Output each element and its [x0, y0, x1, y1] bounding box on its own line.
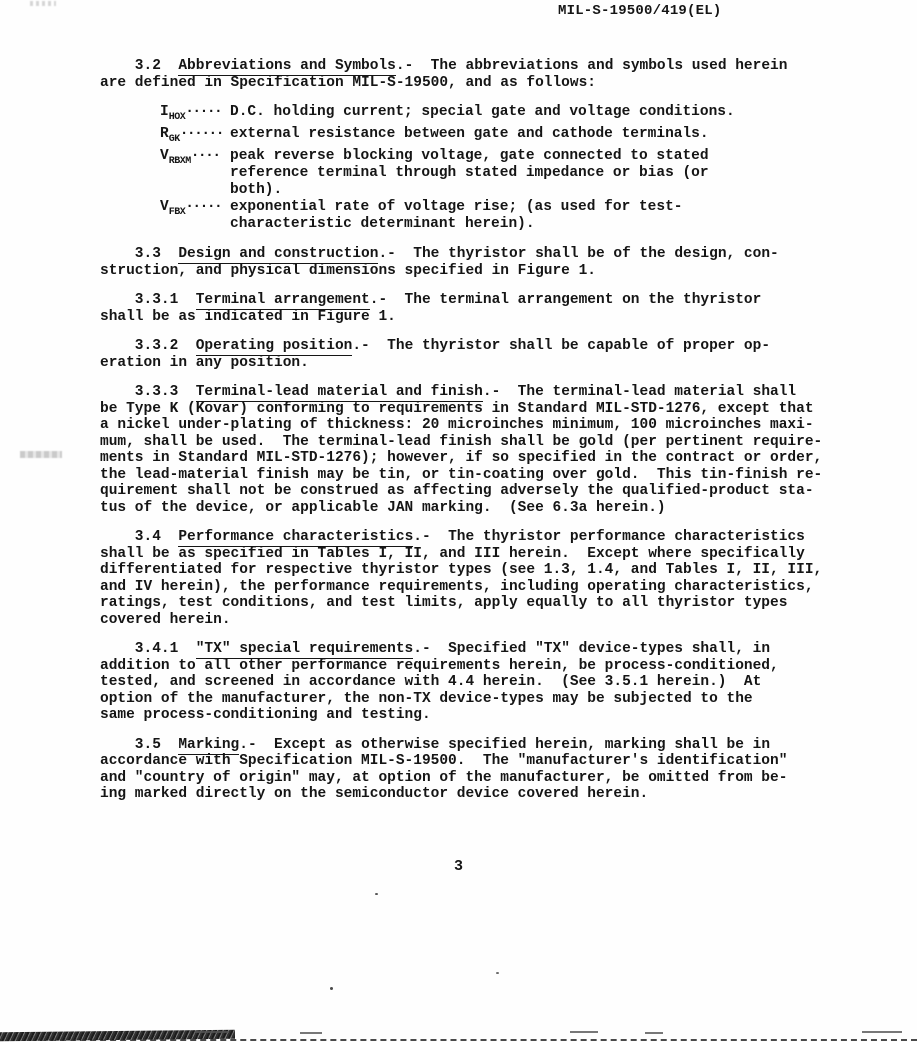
scan-artifact-dash	[645, 1032, 663, 1034]
section-3-3-3: 3.3.3 Terminal-lead material and finish.…	[100, 384, 870, 516]
scan-artifact-dash	[862, 1031, 902, 1033]
symbol-name: VFBX·····	[160, 199, 230, 221]
symbol-subscript: HOX	[169, 112, 186, 123]
symbol-entry: RGK······ external resistance between ga…	[160, 126, 870, 148]
leader-dots: ·····	[185, 104, 221, 120]
symbol-letter: V	[160, 199, 169, 215]
symbol-letter: V	[160, 148, 169, 164]
symbol-entry: IHOX····· D.C. holding current; special …	[160, 104, 870, 126]
paragraph-body: shall be as specified in Tables I, II, a…	[100, 546, 870, 629]
section-3-3-2: 3.3.2 Operating position.- The thyristor…	[100, 338, 870, 371]
symbol-name: VRBXM····	[160, 148, 230, 170]
section-heading: Terminal-lead material and finish	[196, 384, 483, 402]
section-number: 3.3.1	[100, 292, 196, 308]
doc-number: MIL-S-19500/419(EL)	[558, 3, 721, 19]
section-3-3-1: 3.3.1 Terminal arrangement.- The termina…	[100, 292, 870, 325]
scan-artifact-top-smudge	[30, 1, 56, 6]
scan-artifact-dash	[195, 1031, 229, 1033]
document-page: MIL-S-19500/419(EL) 3.2 Abbreviations an…	[0, 0, 917, 1042]
section-heading: "TX" special requirements	[196, 641, 414, 659]
section-3-2: 3.2 Abbreviations and Symbols.- The abbr…	[100, 58, 870, 91]
section-3-4: 3.4 Performance characteristics.- The th…	[100, 529, 870, 628]
section-text: .- The terminal-lead material shall	[483, 384, 796, 400]
symbol-subscript: RBXM	[169, 156, 191, 167]
leader-dots: ······	[180, 126, 223, 142]
paragraph-first-line: 3.4.1 "TX" special requirements.- Specif…	[100, 641, 870, 658]
symbol-definition: peak reverse blocking voltage, gate conn…	[230, 148, 870, 199]
scan-artifact-bottom-edge	[0, 1026, 917, 1042]
document-body: 3.2 Abbreviations and Symbols.- The abbr…	[100, 58, 870, 816]
page-number: 3	[0, 858, 917, 875]
symbol-definition: exponential rate of voltage rise; (as us…	[230, 199, 870, 233]
section-heading: Operating position	[196, 338, 353, 356]
section-number: 3.3	[100, 246, 178, 262]
section-3-4-1: 3.4.1 "TX" special requirements.- Specif…	[100, 641, 870, 724]
section-heading: Abbreviations and Symbols	[178, 58, 396, 76]
paragraph-body: eration in any position.	[100, 355, 870, 372]
section-3-5: 3.5 Marking.- Except as otherwise specif…	[100, 737, 870, 803]
paragraph-first-line: 3.3 Design and construction.- The thyris…	[100, 246, 870, 263]
section-heading: Terminal arrangement	[196, 292, 370, 310]
paragraph-body: are defined in Specification MIL-S-19500…	[100, 75, 870, 92]
section-3-3: 3.3 Design and construction.- The thyris…	[100, 246, 870, 279]
symbol-subscript: GK	[169, 134, 180, 145]
paragraph-body: be Type K (Kovar) conforming to requirem…	[100, 401, 870, 517]
section-text: .- The abbreviations and symbols used he…	[396, 58, 788, 74]
paragraph-body: accordance with Specification MIL-S-1950…	[100, 753, 870, 803]
scan-artifact-dash	[300, 1032, 322, 1034]
section-heading: Performance characteristics	[178, 529, 413, 547]
paragraph-body: shall be as indicated in Figure 1.	[100, 309, 870, 326]
symbol-definitions: IHOX····· D.C. holding current; special …	[160, 104, 870, 233]
section-number: 3.2	[100, 58, 178, 74]
section-text: .- The thyristor shall be capable of pro…	[352, 338, 770, 354]
section-text: .- Specified "TX" device-types shall, in	[413, 641, 770, 657]
section-text: .- Except as otherwise specified herein,…	[239, 737, 770, 753]
section-number: 3.4	[100, 529, 178, 545]
scan-artifact-speck	[330, 987, 333, 990]
scan-artifact-margin-smudge	[20, 451, 62, 458]
symbol-definition: D.C. holding current; special gate and v…	[230, 104, 870, 121]
leader-dots: ·····	[185, 199, 221, 215]
scan-artifact-speck	[496, 972, 499, 974]
symbol-definition: external resistance between gate and cat…	[230, 126, 870, 143]
paragraph-first-line: 3.2 Abbreviations and Symbols.- The abbr…	[100, 58, 870, 75]
paragraph-first-line: 3.3.1 Terminal arrangement.- The termina…	[100, 292, 870, 309]
section-number: 3.4.1	[100, 641, 196, 657]
paragraph-first-line: 3.4 Performance characteristics.- The th…	[100, 529, 870, 546]
paragraph-first-line: 3.3.2 Operating position.- The thyristor…	[100, 338, 870, 355]
section-heading: Design and construction	[178, 246, 378, 264]
section-heading: Marking	[178, 737, 239, 755]
symbol-name: IHOX·····	[160, 104, 230, 126]
leader-dots: ····	[191, 148, 220, 164]
paragraph-first-line: 3.5 Marking.- Except as otherwise specif…	[100, 737, 870, 754]
symbol-subscript: FBX	[169, 207, 186, 218]
section-text: .- The thyristor performance characteris…	[413, 529, 805, 545]
symbol-letter: R	[160, 126, 169, 142]
paragraph-body: addition to all other performance requir…	[100, 658, 870, 724]
paragraph-body: struction, and physical dimensions speci…	[100, 263, 870, 280]
symbol-name: RGK······	[160, 126, 230, 148]
section-text: .- The terminal arrangement on the thyri…	[370, 292, 762, 308]
section-number: 3.3.2	[100, 338, 196, 354]
section-text: .- The thyristor shall be of the design,…	[378, 246, 778, 262]
scan-artifact-speck	[375, 893, 378, 895]
symbol-entry: VFBX····· exponential rate of voltage ri…	[160, 199, 870, 233]
section-number: 3.3.3	[100, 384, 196, 400]
scan-artifact-dash	[570, 1031, 598, 1033]
section-number: 3.5	[100, 737, 178, 753]
symbol-entry: VRBXM···· peak reverse blocking voltage,…	[160, 148, 870, 199]
symbol-letter: I	[160, 104, 169, 120]
paragraph-first-line: 3.3.3 Terminal-lead material and finish.…	[100, 384, 870, 401]
